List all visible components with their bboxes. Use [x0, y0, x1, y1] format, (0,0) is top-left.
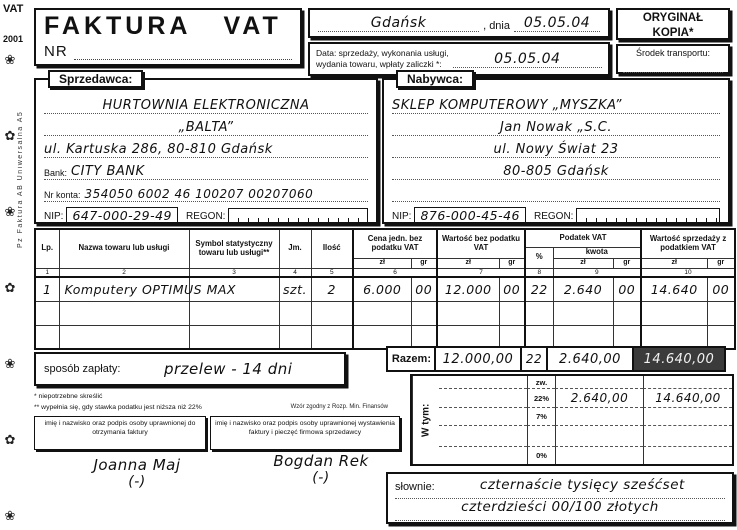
vat-breakdown-label: W tym: — [412, 376, 439, 464]
copy-label: KOPIA* — [618, 26, 728, 41]
amount-in-words-label: słownie: — [395, 481, 435, 493]
col-index: 5 — [311, 268, 353, 277]
footnotes: * niepotrzebne skreślić ** wypełnia się,… — [34, 392, 334, 414]
nip-label: NIP: — [44, 211, 63, 222]
account-label: Nr konta: — [44, 190, 81, 201]
vat-rate-label: 7% — [527, 407, 555, 425]
vat-rate-label: 0% — [527, 446, 555, 464]
margin-vat-label: VAT — [3, 3, 23, 15]
left-margin: VAT 2001 ❀ ✿ ❀ ✿ ❀ ✿ ❀ Pz Faktura AB Uni… — [0, 0, 32, 530]
item-lp: 1 — [35, 277, 59, 301]
seller-nip-line: NIP: 647-000-29-49 REGON: — [44, 207, 368, 225]
col-index: 1 — [35, 268, 59, 277]
col-header-symbol: Symbol statystyczny towaru lub usługi** — [189, 229, 279, 268]
totals-label: Razem: — [386, 346, 436, 372]
buyer-name-1: SKLEP KOMPUTEROWY „MYSZKA” — [392, 92, 720, 114]
item-price-gr: 00 — [411, 277, 437, 301]
col-index: 6 — [353, 268, 437, 277]
col-header-net-value: Wartość bez podatku VAT — [437, 229, 525, 258]
unit-gr: gr — [613, 258, 641, 268]
amount-in-words-line-2: czterdzieści 00/100 złotych — [395, 499, 725, 521]
item-qty: 2 — [311, 277, 353, 301]
invoice-number-blank — [74, 45, 292, 60]
receiver-signature-name: Joanna Maj — [62, 456, 212, 474]
payment-method-label: sposób zapłaty: — [44, 363, 120, 375]
seller-regon-blank — [228, 208, 368, 224]
unit-zl: zł — [437, 258, 499, 268]
vat-rate-row: 7% — [439, 407, 732, 425]
floral-stamp-icon: ✿ — [5, 280, 16, 296]
col-header-jm: Jm. — [279, 229, 311, 268]
item-row: 1 Komputery OPTIMUS MAX szt. 2 6.000 00 … — [35, 277, 735, 301]
seller-box: Sprzedawca: HURTOWNIA ELEKTRONICZNA „BAL… — [34, 78, 378, 224]
invoice-number-label: NR — [44, 43, 68, 60]
floral-stamp-icon: ❀ — [5, 356, 16, 372]
unit-gr: gr — [707, 258, 735, 268]
issuer-signature-mark: (-) — [246, 470, 396, 486]
col-header-vat: Podatek VAT — [525, 229, 641, 247]
regon-label: REGON: — [534, 211, 573, 222]
legal-note: Wzór zgodny z Rozp. Min. Finansów — [246, 404, 388, 410]
invoice-page: VAT 2001 ❀ ✿ ❀ ✿ ❀ ✿ ❀ Pz Faktura AB Uni… — [0, 0, 737, 530]
seller-address: ul. Kartuska 286, 80-810 Gdańsk — [44, 136, 368, 158]
payment-method-box: sposób zapłaty: przelew - 14 dni — [34, 352, 346, 386]
footnote-1: * niepotrzebne skreślić — [34, 392, 334, 403]
vat-rate-label — [527, 425, 555, 446]
bank-value: CITY BANK — [71, 164, 145, 179]
vat-rate-label: zw. — [527, 376, 555, 388]
original-copy-box: ORYGINAŁ KOPIA* — [616, 8, 730, 40]
col-index: 4 — [279, 268, 311, 277]
total-vat-pct: 22 — [520, 346, 548, 372]
unit-zl: zł — [641, 258, 707, 268]
total-net: 12.000,00 — [434, 346, 522, 372]
item-gross-zl: 14.640 — [641, 277, 707, 301]
floral-stamp-icon: ✿ — [5, 128, 16, 144]
buyer-regon-blank — [576, 208, 720, 224]
item-gross-gr: 00 — [707, 277, 735, 301]
vat-rate-label: 22% — [527, 388, 555, 407]
col-header-gross-value: Wartość sprzedaży z podatkiem VAT — [641, 229, 735, 258]
regon-label: REGON: — [186, 211, 225, 222]
item-unit: szt. — [279, 277, 311, 301]
item-name: Komputery OPTIMUS MAX — [59, 277, 189, 301]
transport-label: Środek transportu: — [618, 48, 728, 58]
buyer-name-2: Jan Nowak „S.C. — [392, 114, 720, 136]
buyer-blank-line — [392, 180, 720, 202]
invoice-number-line: NR — [44, 43, 292, 60]
issuer-signature-label-box: imię i nazwisko oraz podpis osoby uprawn… — [210, 416, 400, 450]
col-index: 9 — [553, 268, 641, 277]
seller-bank-line: Bank: CITY BANK — [44, 158, 368, 180]
item-net-zl: 12.000 — [437, 277, 499, 301]
item-price-zl: 6.000 — [353, 277, 411, 301]
buyer-tab: Nabywca: — [396, 70, 474, 88]
unit-gr: gr — [499, 258, 525, 268]
item-vat-pct: 22 — [525, 277, 553, 301]
floral-stamp-icon: ❀ — [5, 52, 16, 68]
buyer-box: Nabywca: SKLEP KOMPUTEROWY „MYSZKA” Jan … — [382, 78, 730, 224]
col-header-vat-amount: kwota — [553, 247, 641, 258]
totals-row: Razem: 12.000,00 22 2.640,00 14.640,00 — [386, 346, 734, 372]
place-date-box: Gdańsk , dnia 05.05.04 — [308, 8, 610, 38]
seller-account-line: Nr konta: 354050 6002 46 100207 00207060 — [44, 180, 368, 202]
payment-method-value: przelew - 14 dni — [120, 360, 336, 378]
invoice-title: FAKTURA VAT — [44, 13, 292, 41]
bank-label: Bank: — [44, 168, 67, 179]
items-table: Lp. Nazwa towaru lub usługi Symbol staty… — [34, 228, 736, 350]
amount-in-words-box: słownie: czternaście tysięcy sześćset cz… — [386, 472, 734, 524]
receiver-signature: Joanna Maj (-) — [62, 456, 212, 490]
date-label: , dnia — [483, 20, 510, 32]
margin-form-code: Pz Faktura AB Uniwersalna A5 — [17, 18, 24, 248]
nip-label: NIP: — [392, 211, 411, 222]
unit-zl: zł — [353, 258, 411, 268]
item-net-gr: 00 — [499, 277, 525, 301]
floral-stamp-icon: ❀ — [5, 508, 16, 524]
transport-blank — [623, 66, 723, 73]
vat-rate-row: zw. — [439, 376, 732, 388]
vat-breakdown-rows: zw. 22% 2.640,00 14.640,00 7% — [439, 376, 732, 464]
col-index: 10 — [641, 268, 735, 277]
col-index: 2 — [59, 268, 189, 277]
buyer-nip-line: NIP: 876-000-45-46 REGON: — [392, 207, 720, 225]
col-header-unit-price: Cena jedn. bez podatku VAT — [353, 229, 437, 258]
item-vat-zl: 2.640 — [553, 277, 613, 301]
vat-rate-row: 0% — [439, 446, 732, 464]
transport-box: Środek transportu: — [616, 44, 730, 74]
col-header-lp: Lp. — [35, 229, 59, 268]
title-box: FAKTURA VAT NR — [34, 8, 302, 66]
receiver-signature-mark: (-) — [62, 474, 212, 490]
place-value: Gdańsk — [318, 15, 479, 32]
floral-stamp-icon: ❀ — [5, 204, 16, 220]
vat-breakdown-box: W tym: zw. 22% 2.640,00 14.640,00 7% — [410, 374, 734, 466]
issuer-signature-name: Bogdan Rek — [246, 452, 396, 470]
issuer-signature: Bogdan Rek (-) — [246, 452, 396, 486]
vat-rate-row — [439, 425, 732, 446]
col-index: 7 — [437, 268, 525, 277]
seller-name-1: HURTOWNIA ELEKTRONICZNA — [44, 92, 368, 114]
seller-name-2: „BALTA” — [44, 114, 368, 136]
account-value: 354050 6002 46 100207 00207060 — [85, 187, 314, 201]
buyer-nip-value: 876-000-45-46 — [414, 207, 526, 225]
col-header-name: Nazwa towaru lub usługi — [59, 229, 189, 268]
col-header-vat-pct: % — [525, 247, 553, 268]
col-index: 3 — [189, 268, 279, 277]
original-label: ORYGINAŁ — [618, 11, 728, 26]
unit-zl: zł — [553, 258, 613, 268]
item-vat-gr: 00 — [613, 277, 641, 301]
col-index: 8 — [525, 268, 553, 277]
buyer-address-2: 80-805 Gdańsk — [392, 158, 720, 180]
amount-in-words-line-1: czternaście tysięcy sześćset — [395, 477, 725, 499]
seller-tab: Sprzedawca: — [48, 70, 143, 88]
receiver-signature-label-box: imię i nazwisko oraz podpis osoby uprawn… — [34, 416, 206, 450]
date-value: 05.05.04 — [514, 15, 600, 32]
total-gross: 14.640,00 — [632, 346, 726, 372]
seller-nip-value: 647-000-29-49 — [66, 207, 178, 225]
sale-date-value: 05.05.04 — [453, 51, 602, 68]
total-vat: 2.640,00 — [546, 346, 634, 372]
floral-stamp-icon: ✿ — [5, 432, 16, 448]
col-header-qty: Ilość — [311, 229, 353, 268]
empty-item-row — [35, 301, 735, 325]
buyer-address-1: ul. Nowy Świat 23 — [392, 136, 720, 158]
unit-gr: gr — [411, 258, 437, 268]
vat-rate-row: 22% 2.640,00 14.640,00 — [439, 388, 732, 407]
sale-date-label: Data: sprzedaży, wykonania usługi, wydan… — [316, 48, 449, 70]
